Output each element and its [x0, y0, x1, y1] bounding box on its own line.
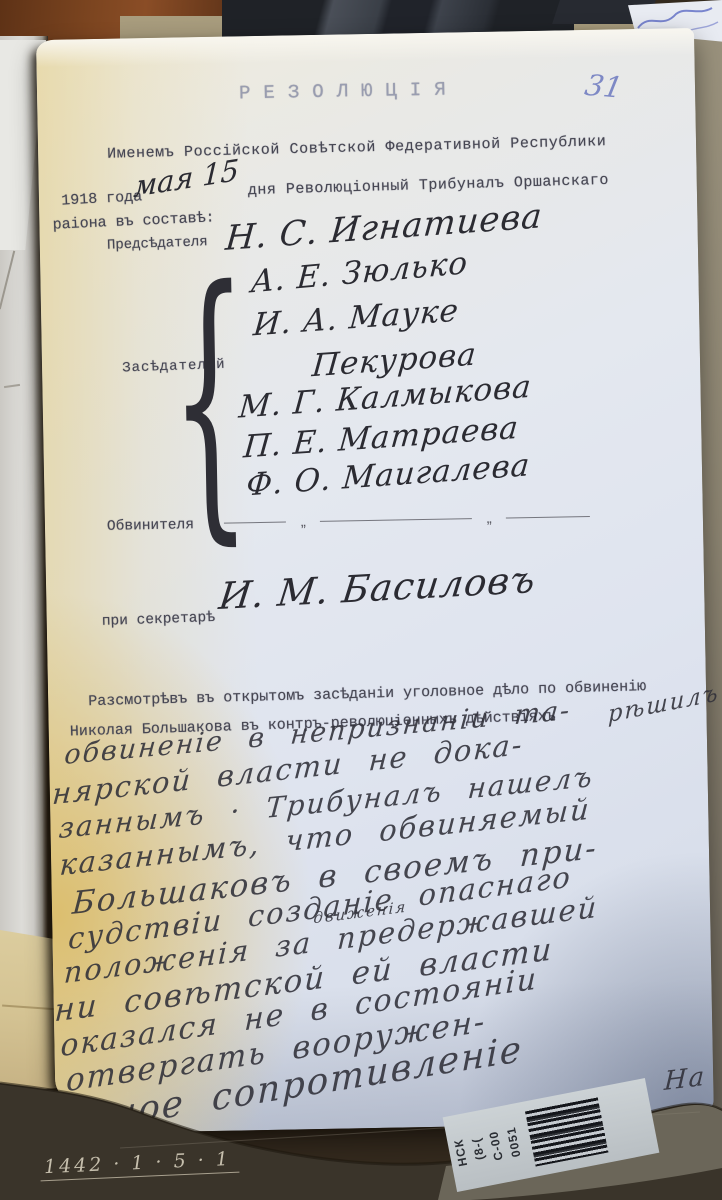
blank-line: [320, 518, 472, 522]
secretary-label: при секретарѣ: [102, 610, 216, 630]
ditto-mark: „: [487, 510, 492, 527]
secretary-name: И. М. Басиловъ: [217, 558, 539, 618]
handwritten-margin-word: На: [663, 1062, 706, 1098]
in-the-name-line: Именемъ Россійской Совѣтской Федеративно…: [107, 133, 607, 163]
ditto-mark: „: [301, 513, 306, 530]
archive-pencil-note: 1442 · 1 · 5 · 1: [40, 1148, 240, 1182]
barcode: [525, 1097, 608, 1166]
year-label: 1918 года: [61, 188, 143, 209]
photo-of-archival-document: РЕЗОЛЮЦІЯ 31 Именемъ Россійской Совѣтско…: [0, 0, 722, 1200]
tribunal-line: дня Революціонный Трибуналъ Оршанскаго: [248, 172, 609, 199]
chairman-name: Н. С. Игнатиева: [224, 196, 544, 259]
assessor-name: И. А. Мауке: [252, 293, 461, 344]
document-title: РЕЗОЛЮЦІЯ: [239, 78, 459, 104]
page-number: 31: [582, 68, 625, 105]
blank-line: [506, 516, 590, 519]
blank-line: [224, 522, 286, 524]
prosecutor-label: Обвинителя: [107, 517, 194, 535]
document-page: РЕЗОЛЮЦІЯ 31 Именемъ Россійской Совѣтско…: [36, 28, 714, 1134]
